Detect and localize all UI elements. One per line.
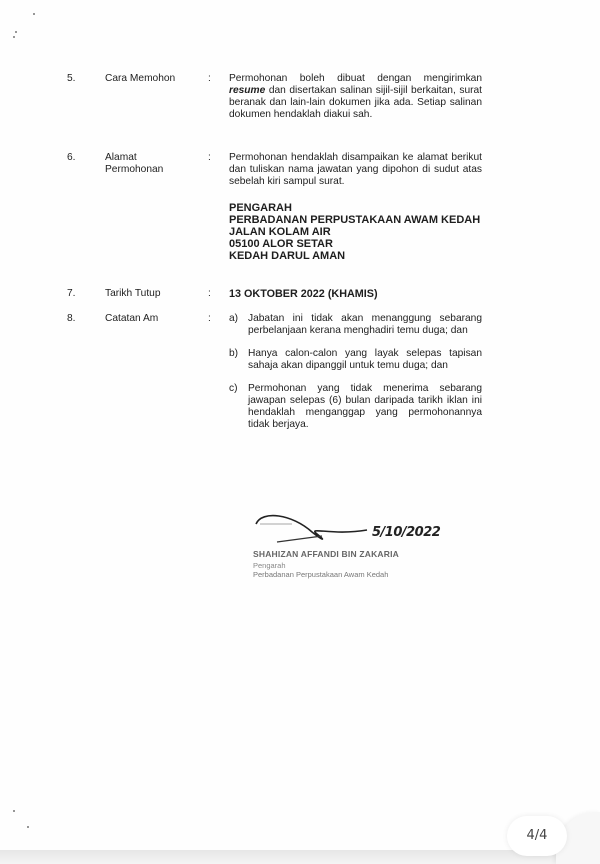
- address-line: PENGARAH: [229, 202, 482, 214]
- scan-speck: [13, 36, 15, 38]
- scan-speck: [33, 13, 35, 15]
- signature-block: 5/10/2022 SHAHIZAN AFFANDI BIN ZAKARIA P…: [252, 512, 472, 582]
- address-line: 05100 ALOR SETAR: [229, 238, 482, 250]
- mailing-address: PENGARAH PERBADANAN PERPUSTAKAAN AWAM KE…: [229, 202, 482, 262]
- address-line: PERBADANAN PERPUSTAKAAN AWAM KEDAH: [229, 214, 482, 226]
- address-line: JALAN KOLAM AIR: [229, 226, 482, 238]
- list-item: b) Hanya calon-calon yang layak selepas …: [229, 348, 482, 372]
- page-indicator[interactable]: 4/4: [507, 816, 567, 856]
- section-text: Permohonan boleh dibuat dengan mengirimk…: [229, 73, 482, 121]
- closing-date: 13 OKTOBER 2022 (KHAMIS): [229, 288, 482, 300]
- signatory-title: Pengarah: [253, 561, 286, 570]
- signatory-organization: Perbadanan Perpustakaan Awam Kedah: [253, 570, 388, 579]
- list-marker: a): [229, 313, 238, 325]
- section-colon: :: [208, 152, 211, 164]
- address-line: KEDAH DARUL AMAN: [229, 250, 482, 262]
- section-number: 8.: [67, 313, 76, 325]
- scan-speck: [15, 31, 17, 33]
- section-colon: :: [208, 313, 211, 325]
- section-label: Catatan Am: [105, 313, 158, 325]
- list-item: c) Permohonan yang tidak menerima sebara…: [229, 383, 482, 431]
- scan-speck: [13, 810, 15, 812]
- section-label: Cara Memohon: [105, 73, 175, 85]
- document-page: 5. Cara Memohon : Permohonan boleh dibua…: [0, 0, 600, 850]
- notes-list: a) Jabatan ini tidak akan menanggung seb…: [229, 313, 482, 442]
- section-number: 7.: [67, 288, 76, 300]
- list-marker: b): [229, 348, 238, 360]
- signature-date: 5/10/2022: [372, 525, 440, 540]
- resume-emphasis: resume: [229, 85, 265, 96]
- signatory-name: SHAHIZAN AFFANDI BIN ZAKARIA: [253, 549, 399, 559]
- list-marker: c): [229, 383, 238, 395]
- section-label: Alamat Permohonan: [105, 152, 163, 176]
- section-number: 5.: [67, 73, 76, 85]
- section-colon: :: [208, 288, 211, 300]
- section-number: 6.: [67, 152, 76, 164]
- page-edge: [0, 850, 600, 864]
- section-label: Tarikh Tutup: [105, 288, 161, 300]
- section-colon: :: [208, 73, 211, 85]
- section-text: Permohonan hendaklah disampaikan ke alam…: [229, 152, 482, 262]
- list-item: a) Jabatan ini tidak akan menanggung seb…: [229, 313, 482, 337]
- scan-speck: [27, 826, 29, 828]
